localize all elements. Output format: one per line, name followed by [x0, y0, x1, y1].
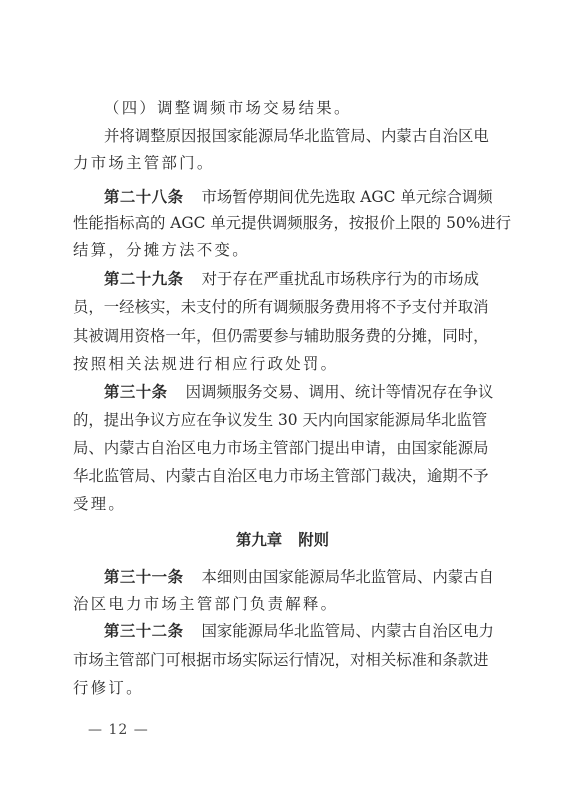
article-28-first-line: 第二十八条市场暂停期间优先选取 AGC 单元综合调频: [104, 187, 479, 207]
chapter-title: 附则: [298, 531, 329, 549]
article-29-text: 对于存在严重扰乱市场秩序行为的市场成: [202, 270, 479, 288]
article-31-label: 第三十一条: [104, 568, 183, 586]
page-number: — 12 —: [88, 722, 149, 738]
article-28-label: 第二十八条: [104, 188, 183, 206]
article-29-line: 员，一经核实，未支付的所有调频服务费用将不予支付并取消: [73, 297, 479, 317]
article-30-line: 局、内蒙古自治区电力市场主管部门提出申请，由国家能源局: [73, 438, 479, 458]
article-31-first-line: 第三十一条本细则由国家能源局华北监管局、内蒙古自: [104, 567, 479, 587]
article-30-line: 华北监管局、内蒙古自治区电力市场主管部门裁决，逾期不予: [73, 466, 479, 486]
article-32-text: 国家能源局华北监管局、内蒙古自治区电力: [201, 622, 493, 640]
article-32-first-line: 第三十二条国家能源局华北监管局、内蒙古自治区电力: [104, 621, 479, 641]
article-30-line: 受理。: [73, 494, 479, 514]
paragraph-line: 并将调整原因报国家能源局华北监管局、内蒙古自治区电: [104, 126, 479, 146]
article-28-text: 市场暂停期间优先选取 AGC 单元综合调频: [201, 188, 492, 206]
document-page: （四）调整调频市场交易结果。 并将调整原因报国家能源局华北监管局、内蒙古自治区电…: [0, 0, 565, 800]
article-30-label: 第三十条: [104, 383, 168, 401]
chapter-heading: 第九章附则: [0, 530, 565, 550]
article-30-line: 的，提出争议方应在争议发生 30 天内向国家能源局华北监管: [73, 410, 479, 430]
article-30-first-line: 第三十条因调频服务交易、调用、统计等情况存在争议: [104, 382, 479, 402]
article-29-label: 第二十九条: [104, 270, 184, 288]
article-28-line: 结算，分摊方法不变。: [73, 240, 479, 260]
article-32-line: 行修订。: [73, 678, 479, 698]
article-29-line: 其被调用资格一年，但仍需要参与辅助服务费的分摊，同时，: [73, 326, 479, 346]
article-29-first-line: 第二十九条对于存在严重扰乱市场秩序行为的市场成: [104, 269, 479, 289]
article-28-line: 性能指标高的 AGC 单元提供调频服务，按报价上限的 50%进行: [73, 213, 479, 233]
article-32-label: 第三十二条: [104, 622, 183, 640]
chapter-number: 第九章: [236, 531, 282, 549]
article-31-line: 治区电力市场主管部门负责解释。: [73, 594, 479, 614]
article-31-text: 本细则由国家能源局华北监管局、内蒙古自: [201, 568, 493, 586]
article-32-line: 市场主管部门可根据市场实际运行情况，对相关标准和条款进: [73, 650, 479, 670]
article-30-text: 因调频服务交易、调用、统计等情况存在争议: [186, 383, 494, 401]
paragraph-line: 力市场主管部门。: [73, 153, 479, 173]
article-29-line: 按照相关法规进行相应行政处罚。: [73, 354, 479, 374]
list-item-4: （四）调整调频市场交易结果。: [104, 98, 479, 118]
